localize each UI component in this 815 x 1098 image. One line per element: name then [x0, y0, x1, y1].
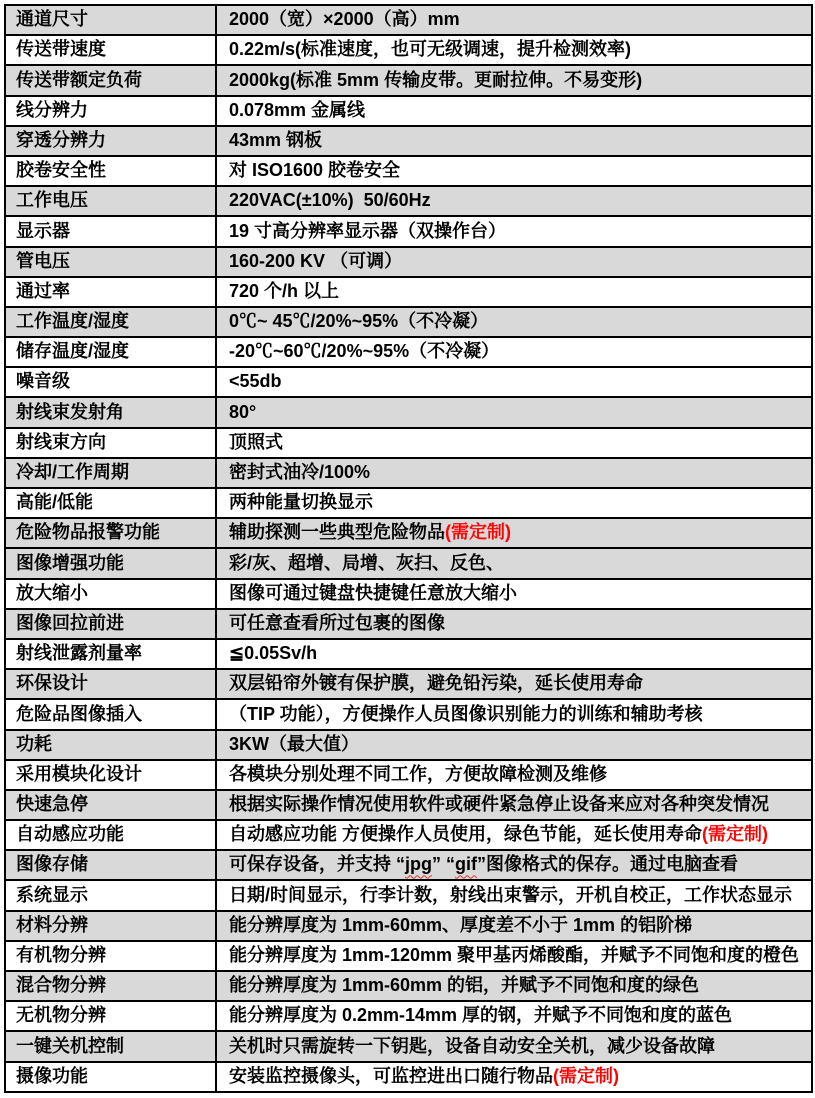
table-row: 射线束方向顶照式: [5, 428, 812, 458]
table-row: 图像增强功能彩/灰、超增、局增、灰扫、反色、: [5, 548, 812, 578]
spec-label-cell: 采用模块化设计: [5, 760, 216, 790]
spec-label-cell: 有机物分辨: [5, 941, 216, 971]
spec-table-body: 通道尺寸2000（宽）×2000（高）mm传送带速度0.22m/s(标准速度，也…: [5, 5, 812, 1092]
spec-value-cell: 双层铅帘外镀有保护膜，避免铅污染，延长使用寿命: [216, 669, 812, 699]
spec-label-cell: 图像回拉前进: [5, 609, 216, 639]
spec-value-text: 彩/灰、超增、局增、灰扫、反色、: [229, 553, 504, 573]
spec-value-cell: 2000（宽）×2000（高）mm: [216, 5, 812, 35]
spec-value-cell: 能分辨厚度为 1mm-60mm 的铝，并赋予不同饱和度的绿色: [216, 971, 812, 1001]
spec-value-text: 能分辨厚度为 1mm-60mm 的铝，并赋予不同饱和度的绿色: [229, 975, 699, 995]
table-row: 传送带速度0.22m/s(标准速度，也可无级调速，提升检测效率): [5, 35, 812, 65]
spec-label-cell: 图像存储: [5, 850, 216, 880]
spec-value-cell: 关机时只需旋转一下钥匙，设备自动安全关机，减少设备故障: [216, 1031, 812, 1061]
spec-value-cell: 0℃~ 45℃/20%~95%（不冷凝）: [216, 307, 812, 337]
spec-label-cell: 危险物品报警功能: [5, 518, 216, 548]
table-row: 危险物品报警功能辅助探测一些典型危险物品(需定制): [5, 518, 812, 548]
spec-label-cell: 无机物分辨: [5, 1001, 216, 1031]
spec-label-cell: 射线束发射角: [5, 397, 216, 427]
table-row: 有机物分辨能分辨厚度为 1mm-120mm 聚甲基丙烯酸酯，并赋予不同饱和度的橙…: [5, 941, 812, 971]
spec-value-text: 根据实际操作情况使用软件或硬件紧急停止设备来应对各种突发情况: [229, 794, 769, 814]
table-row: 工作电压220VAC(±10%) 50/60Hz: [5, 186, 812, 216]
spec-value-text: 辅助探测一些典型危险物品: [229, 522, 445, 542]
custom-required-note: (需定制): [702, 824, 768, 844]
spec-value-cell: 0.078mm 金属线: [216, 96, 812, 126]
spec-value-text: 能分辨厚度为 0.2mm-14mm 厚的钢，并赋予不同饱和度的蓝色: [229, 1005, 732, 1025]
spec-label-cell: 自动感应功能: [5, 820, 216, 850]
spec-value-cell: 可任意查看所过包裹的图像: [216, 609, 812, 639]
table-row: 线分辨力0.078mm 金属线: [5, 96, 812, 126]
table-row: 快速急停根据实际操作情况使用软件或硬件紧急停止设备来应对各种突发情况: [5, 790, 812, 820]
spec-label-cell: 通道尺寸: [5, 5, 216, 35]
spec-value-text: 日期/时间显示，行李计数，射线出束警示，开机自校正，工作状态显示: [229, 885, 792, 905]
table-row: 摄像功能安装监控摄像头，可监控进出口随行物品(需定制): [5, 1062, 812, 1092]
spec-value-cell: 辅助探测一些典型危险物品(需定制): [216, 518, 812, 548]
spec-label-cell: 系统显示: [5, 880, 216, 910]
spec-value-cell: 能分辨厚度为 1mm-120mm 聚甲基丙烯酸酯，并赋予不同饱和度的橙色: [216, 941, 812, 971]
table-row: 射线泄露剂量率≦0.05Sv/h: [5, 639, 812, 669]
spec-value-cell: 2000kg(标准 5mm 传输皮带。更耐拉伸。不易变形): [216, 65, 812, 95]
table-row: 环保设计双层铅帘外镀有保护膜，避免铅污染，延长使用寿命: [5, 669, 812, 699]
table-row: 显示器19 寸高分辨率显示器（双操作台）: [5, 216, 812, 246]
spec-value-cell: （TIP 功能），方便操作人员图像识别能力的训练和辅助考核: [216, 699, 812, 729]
spec-value-cell: 自动感应功能 方便操作人员使用，绿色节能，延长使用寿命(需定制): [216, 820, 812, 850]
spec-label-cell: 快速急停: [5, 790, 216, 820]
spec-value-cell: 两种能量切换显示: [216, 488, 812, 518]
spec-value-text: 图像可通过键盘快捷键任意放大缩小: [229, 583, 517, 603]
spec-value-text: 关机时只需旋转一下钥匙，设备自动安全关机，减少设备故障: [229, 1036, 715, 1056]
spec-value-text: ”图像格式的保存。通过电脑查看: [477, 854, 738, 874]
spec-label-cell: 通过率: [5, 277, 216, 307]
spec-value-text: 0℃~ 45℃/20%~95%（不冷凝）: [229, 311, 488, 331]
table-row: 通过率720 个/h 以上: [5, 277, 812, 307]
spec-value-text: ≦0.05Sv/h: [229, 643, 317, 663]
spec-label-cell: 穿透分辨力: [5, 126, 216, 156]
spec-value-text: 0.078mm 金属线: [229, 100, 365, 120]
table-row: 通道尺寸2000（宽）×2000（高）mm: [5, 5, 812, 35]
spec-label-cell: 管电压: [5, 247, 216, 277]
spec-value-cell: 对 ISO1600 胶卷安全: [216, 156, 812, 186]
table-row: 噪音级<55db: [5, 367, 812, 397]
table-row: 图像回拉前进可任意查看所过包裹的图像: [5, 609, 812, 639]
table-row: 传送带额定负荷2000kg(标准 5mm 传输皮带。更耐拉伸。不易变形): [5, 65, 812, 95]
spec-value-cell: 0.22m/s(标准速度，也可无级调速，提升检测效率): [216, 35, 812, 65]
table-row: 采用模块化设计各模块分别处理不同工作，方便故障检测及维修: [5, 760, 812, 790]
table-row: 一键关机控制关机时只需旋转一下钥匙，设备自动安全关机，减少设备故障: [5, 1031, 812, 1061]
spec-value-cell: -20℃~60℃/20%~95%（不冷凝）: [216, 337, 812, 367]
table-row: 放大缩小图像可通过键盘快捷键任意放大缩小: [5, 579, 812, 609]
spec-value-text: 220VAC(±10%) 50/60Hz: [229, 190, 431, 210]
spec-label-cell: 高能/低能: [5, 488, 216, 518]
table-row: 无机物分辨能分辨厚度为 0.2mm-14mm 厚的钢，并赋予不同饱和度的蓝色: [5, 1001, 812, 1031]
spec-label-cell: 放大缩小: [5, 579, 216, 609]
spec-value-text: 顶照式: [229, 432, 283, 452]
spec-value-cell: 720 个/h 以上: [216, 277, 812, 307]
spec-label-cell: 材料分辨: [5, 911, 216, 941]
spec-label-cell: 线分辨力: [5, 96, 216, 126]
spec-label-cell: 功耗: [5, 730, 216, 760]
spec-value-text: -20℃~60℃/20%~95%（不冷凝）: [229, 341, 499, 361]
spec-value-text: 19 寸高分辨率显示器（双操作台）: [229, 221, 506, 241]
spec-label-cell: 工作温度/湿度: [5, 307, 216, 337]
spec-value-cell: 220VAC(±10%) 50/60Hz: [216, 186, 812, 216]
spec-value-cell: 能分辨厚度为 0.2mm-14mm 厚的钢，并赋予不同饱和度的蓝色: [216, 1001, 812, 1031]
spec-label-cell: 噪音级: [5, 367, 216, 397]
spec-value-text: 160-200 KV （可调）: [229, 251, 402, 271]
spec-value-cell: ≦0.05Sv/h: [216, 639, 812, 669]
spec-value-cell: 密封式油冷/100%: [216, 458, 812, 488]
table-row: 射线束发射角80°: [5, 397, 812, 427]
spec-value-cell: 80°: [216, 397, 812, 427]
spec-label-cell: 冷却/工作周期: [5, 458, 216, 488]
spec-value-text: 80°: [229, 402, 256, 422]
spec-table: 通道尺寸2000（宽）×2000（高）mm传送带速度0.22m/s(标准速度，也…: [4, 4, 813, 1093]
spec-label-cell: 环保设计: [5, 669, 216, 699]
spec-value-text: 两种能量切换显示: [229, 492, 373, 512]
spec-value-text: （TIP 功能），方便操作人员图像识别能力的训练和辅助考核: [229, 704, 703, 724]
table-row: 管电压160-200 KV （可调）: [5, 247, 812, 277]
spec-label-cell: 一键关机控制: [5, 1031, 216, 1061]
spec-value-cell: 可保存设备，并支持 “jpg” “gif”图像格式的保存。通过电脑查看: [216, 850, 812, 880]
spec-value-cell: 能分辨厚度为 1mm-60mm、厚度差不小于 1mm 的铝阶梯: [216, 911, 812, 941]
table-row: 工作温度/湿度0℃~ 45℃/20%~95%（不冷凝）: [5, 307, 812, 337]
table-row: 材料分辨能分辨厚度为 1mm-60mm、厚度差不小于 1mm 的铝阶梯: [5, 911, 812, 941]
table-row: 高能/低能两种能量切换显示: [5, 488, 812, 518]
spec-value-cell: 各模块分别处理不同工作，方便故障检测及维修: [216, 760, 812, 790]
spec-value-cell: 日期/时间显示，行李计数，射线出束警示，开机自校正，工作状态显示: [216, 880, 812, 910]
spec-value-text: 对 ISO1600 胶卷安全: [229, 160, 400, 180]
custom-required-note: (需定制): [445, 522, 511, 542]
spellcheck-underlined-text: gif: [455, 854, 477, 874]
spec-value-cell: 19 寸高分辨率显示器（双操作台）: [216, 216, 812, 246]
custom-required-note: (需定制): [553, 1066, 619, 1086]
spec-label-cell: 图像增强功能: [5, 548, 216, 578]
spec-value-cell: 图像可通过键盘快捷键任意放大缩小: [216, 579, 812, 609]
spec-label-cell: 危险品图像插入: [5, 699, 216, 729]
table-row: 混合物分辨能分辨厚度为 1mm-60mm 的铝，并赋予不同饱和度的绿色: [5, 971, 812, 1001]
spec-value-text: 自动感应功能 方便操作人员使用，绿色节能，延长使用寿命: [229, 824, 702, 844]
table-row: 危险品图像插入（TIP 功能），方便操作人员图像识别能力的训练和辅助考核: [5, 699, 812, 729]
table-row: 功耗3KW（最大值）: [5, 730, 812, 760]
spec-label-cell: 胶卷安全性: [5, 156, 216, 186]
spec-value-text: 能分辨厚度为 1mm-60mm、厚度差不小于 1mm 的铝阶梯: [229, 915, 692, 935]
spec-value-text: 720 个/h 以上: [229, 281, 339, 301]
spec-value-cell: 安装监控摄像头，可监控进出口随行物品(需定制): [216, 1062, 812, 1092]
spec-label-cell: 传送带额定负荷: [5, 65, 216, 95]
spec-label-cell: 传送带速度: [5, 35, 216, 65]
table-row: 储存温度/湿度-20℃~60℃/20%~95%（不冷凝）: [5, 337, 812, 367]
spec-label-cell: 射线泄露剂量率: [5, 639, 216, 669]
spec-label-cell: 射线束方向: [5, 428, 216, 458]
spec-value-text: 0.22m/s(标准速度，也可无级调速，提升检测效率): [229, 39, 631, 59]
spec-label-cell: 混合物分辨: [5, 971, 216, 1001]
table-row: 胶卷安全性对 ISO1600 胶卷安全: [5, 156, 812, 186]
spec-value-text: 可保存设备，并支持 “: [229, 854, 405, 874]
table-row: 系统显示日期/时间显示，行李计数，射线出束警示，开机自校正，工作状态显示: [5, 880, 812, 910]
table-row: 图像存储可保存设备，并支持 “jpg” “gif”图像格式的保存。通过电脑查看: [5, 850, 812, 880]
spec-value-cell: 彩/灰、超增、局增、灰扫、反色、: [216, 548, 812, 578]
spec-value-text: 安装监控摄像头，可监控进出口随行物品: [229, 1066, 553, 1086]
spec-label-cell: 工作电压: [5, 186, 216, 216]
spec-value-text: ” “: [432, 854, 455, 874]
spec-label-cell: 摄像功能: [5, 1062, 216, 1092]
spec-value-cell: 43mm 钢板: [216, 126, 812, 156]
spec-value-text: 2000（宽）×2000（高）mm: [229, 9, 460, 29]
spec-value-text: 可任意查看所过包裹的图像: [229, 613, 445, 633]
table-row: 冷却/工作周期密封式油冷/100%: [5, 458, 812, 488]
spec-value-cell: 根据实际操作情况使用软件或硬件紧急停止设备来应对各种突发情况: [216, 790, 812, 820]
spec-value-cell: 160-200 KV （可调）: [216, 247, 812, 277]
spec-label-cell: 储存温度/湿度: [5, 337, 216, 367]
spec-value-text: 密封式油冷/100%: [229, 462, 370, 482]
spellcheck-underlined-text: jpg: [405, 854, 432, 874]
spec-value-text: 43mm 钢板: [229, 130, 322, 150]
spec-value-text: 各模块分别处理不同工作，方便故障检测及维修: [229, 764, 607, 784]
spec-value-text: 双层铅帘外镀有保护膜，避免铅污染，延长使用寿命: [229, 673, 643, 693]
spec-label-cell: 显示器: [5, 216, 216, 246]
spec-value-text: 3KW（最大值）: [229, 734, 359, 754]
spec-value-cell: 顶照式: [216, 428, 812, 458]
spec-value-text: 2000kg(标准 5mm 传输皮带。更耐拉伸。不易变形): [229, 70, 642, 90]
spec-value-cell: 3KW（最大值）: [216, 730, 812, 760]
table-row: 自动感应功能自动感应功能 方便操作人员使用，绿色节能，延长使用寿命(需定制): [5, 820, 812, 850]
spec-value-cell: <55db: [216, 367, 812, 397]
spec-value-text: <55db: [229, 371, 282, 391]
spec-value-text: 能分辨厚度为 1mm-120mm 聚甲基丙烯酸酯，并赋予不同饱和度的橙色: [229, 945, 799, 965]
table-row: 穿透分辨力43mm 钢板: [5, 126, 812, 156]
